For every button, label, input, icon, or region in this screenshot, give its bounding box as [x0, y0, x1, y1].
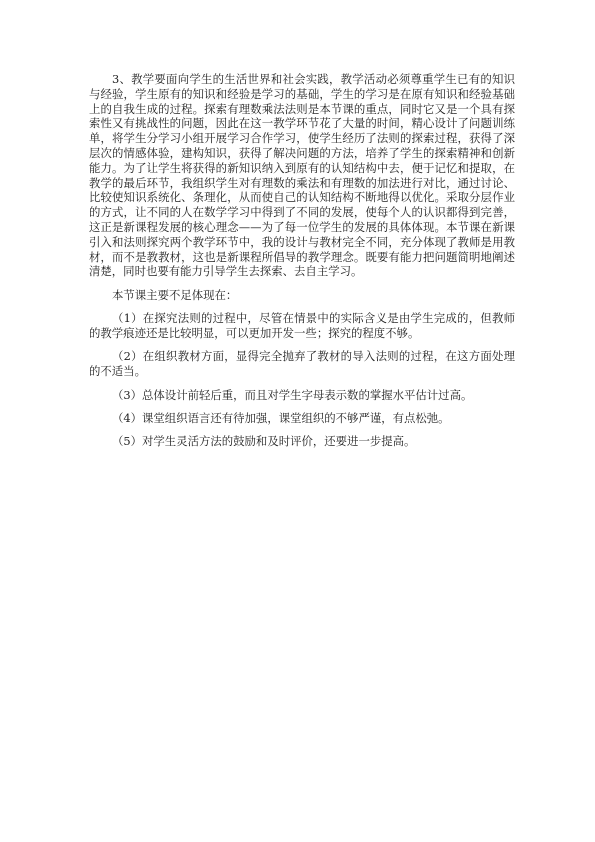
shortcoming-item-3: （3）总体设计前轻后重，而且对学生字母表示数的掌握水平估计过高。: [89, 388, 515, 403]
shortcoming-item-1: （1）在探究法则的过程中，尽管在情景中的实际含义是由学生完成的，但教师的教学痕迹…: [89, 311, 515, 341]
shortcoming-item-5: （5）对学生灵活方法的鼓励和及时评价，还要进一步提高。: [89, 434, 515, 449]
shortcomings-heading: 本节课主要不足体现在：: [89, 288, 515, 303]
document-page: 3、教学要面向学生的生活世界和社会实践，教学活动必须尊重学生已有的知识与经验，学…: [89, 72, 515, 449]
shortcoming-item-2: （2）在组织教材方面，显得完全抛弃了教材的导入法则的过程，在这方面处理的不适当。: [89, 349, 515, 379]
shortcoming-item-4: （4）课堂组织语言还有待加强，课堂组织的不够严谨，有点松弛。: [89, 411, 515, 426]
main-paragraph: 3、教学要面向学生的生活世界和社会实践，教学活动必须尊重学生已有的知识与经验，学…: [89, 72, 515, 279]
